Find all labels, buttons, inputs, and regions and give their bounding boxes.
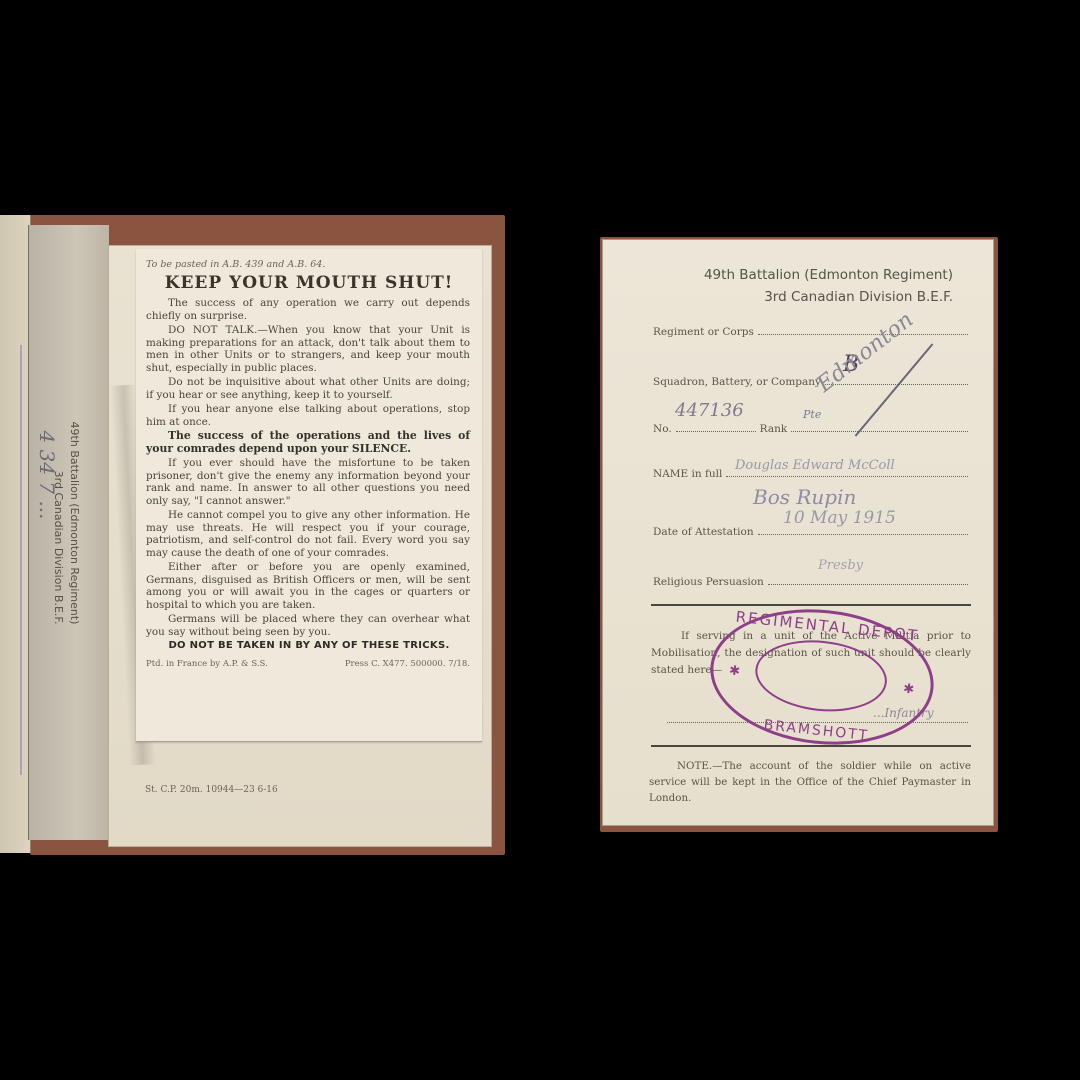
insert-paragraph: Either after or before you are openly ex…: [146, 561, 470, 611]
field-company: Squadron, Battery, or Company: [653, 370, 968, 388]
spine-stamp: 49th Battalion (Edmonton Regiment) 3rd C…: [36, 373, 96, 673]
spine-line-2: 3rd Canadian Division B.E.F.: [50, 422, 66, 625]
header-line-2: 3rd Canadian Division B.E.F.: [704, 286, 953, 308]
insert-paragraph: Germans will be placed where they can ov…: [146, 613, 470, 638]
field-regiment: Regiment or Corps: [653, 320, 968, 338]
insert-paragraph: The success of any operation we carry ou…: [146, 297, 470, 322]
insert-paragraph: If you hear anyone else talking about op…: [146, 403, 470, 428]
divider-rule: [651, 604, 971, 606]
header-line-1: 49th Battalion (Edmonton Regiment): [704, 264, 953, 286]
paste-instruction: To be pasted in A.B. 439 and A.B. 64.: [136, 249, 482, 270]
spine-line-1: 49th Battalion (Edmonton Regiment): [66, 422, 82, 625]
stamp-inner-oval: [752, 634, 891, 717]
unit-header: 49th Battalion (Edmonton Regiment) 3rd C…: [704, 264, 953, 308]
left-outer-flap: [0, 215, 31, 853]
insert-paragraph: He cannot compel you to give any other i…: [146, 509, 470, 559]
printer-right: Press C. X477. 500000. 7/18.: [345, 659, 470, 669]
insert-paragraph: Do not be inquisitive about what other U…: [146, 376, 470, 401]
name-value: Douglas Edward McColl: [735, 458, 895, 473]
insert-paragraph: If you ever should have the misfortune t…: [146, 457, 470, 507]
handwritten-place: Bos Rupin: [753, 485, 856, 509]
paymaster-note: NOTE.—The account of the soldier while o…: [649, 758, 971, 806]
star-icon: ✱: [728, 663, 740, 679]
purple-rule: [20, 345, 22, 775]
field-religion: Religious Persuasion: [653, 570, 968, 588]
left-page-footer: St. C.P. 20m. 10944—23 6-16: [145, 785, 278, 795]
keep-mouth-shut-insert: To be pasted in A.B. 439 and A.B. 64. KE…: [136, 249, 482, 742]
religion-value: Presby: [818, 558, 863, 573]
attestation-value: 10 May 1915: [783, 508, 896, 528]
star-icon: ✱: [902, 682, 914, 698]
insert-title: KEEP YOUR MOUTH SHUT!: [136, 273, 482, 293]
printer-left: Ptd. in France by A.P. & S.S.: [146, 659, 268, 669]
rank-value: Pte: [803, 408, 821, 421]
left-paybook: 4 34 7 ... 49th Battalion (Edmonton Regi…: [0, 215, 505, 855]
insert-paragraph: The success of the operations and the li…: [146, 430, 470, 455]
insert-warning: DO NOT BE TAKEN IN BY ANY OF THESE TRICK…: [136, 640, 482, 651]
printer-line: Ptd. in France by A.P. & S.S. Press C. X…: [146, 659, 470, 669]
number-value: 447136: [675, 400, 744, 421]
insert-paragraph: DO NOT TALK.—When you know that your Uni…: [146, 324, 470, 374]
